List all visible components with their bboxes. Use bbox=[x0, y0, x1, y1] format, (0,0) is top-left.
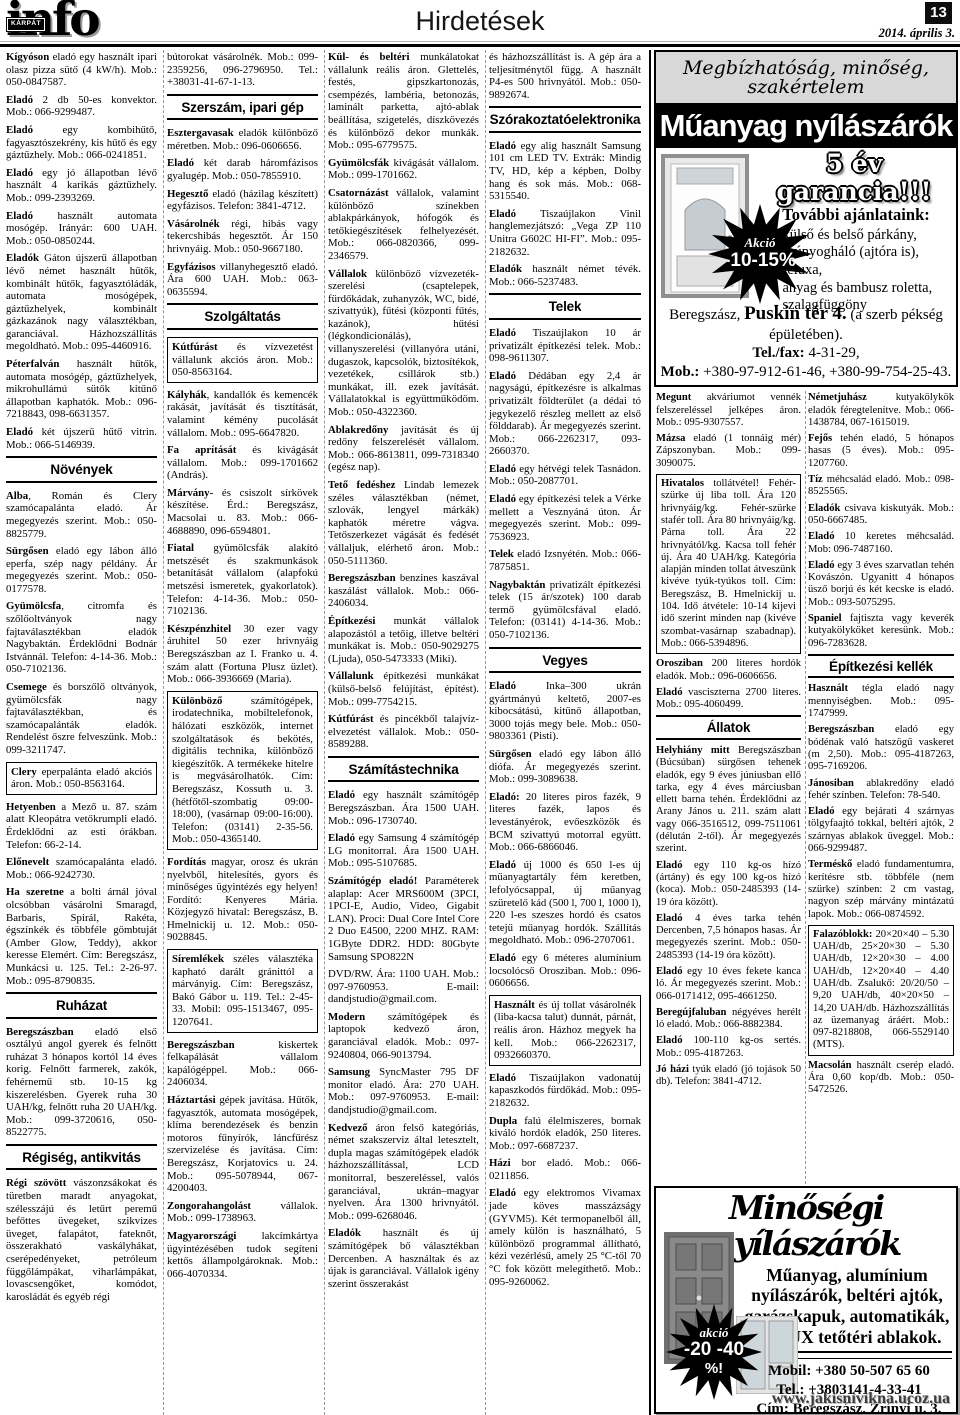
ad-lead: Gyümölcsfa bbox=[6, 600, 61, 612]
column-6: Németjuhász kutyakölykök eladók féregtel… bbox=[806, 391, 958, 1229]
ad-lead: Hivatalos bbox=[661, 478, 704, 489]
column-5: Megunt akváriumot vennék felszereléssel … bbox=[654, 391, 806, 1229]
ad-lead: Eladó bbox=[489, 327, 516, 339]
classified-ad: Eladó: 20 literes piros fazék, 9 literes… bbox=[489, 791, 641, 854]
classified-ad: Eladók használt német tévék. Mob.: 066-5… bbox=[489, 263, 641, 288]
ad-lead: Hegesztő bbox=[167, 188, 208, 200]
ad-lead: Eladó bbox=[656, 966, 683, 977]
ad-lead: Különböző bbox=[172, 695, 222, 707]
ad-lead: Tető fedéshez bbox=[328, 479, 395, 491]
classified-ad: Eladó 2 db 50-es konvektor. Mob.: 066-92… bbox=[6, 94, 157, 119]
page-title: Hirdetések bbox=[0, 6, 960, 37]
classified-ad: Ha szeretne a bolti árnál jóval olcsóbba… bbox=[6, 886, 157, 987]
classified-ad: Ablakredőny javítását és új redőny felsz… bbox=[328, 424, 479, 474]
guarantee-text: 5 év garancia!!! bbox=[752, 150, 956, 205]
ad-lead: Csatornázást bbox=[328, 187, 389, 199]
classified-ad: Eladó 4 éves tarka tehén Dercenben, 7,5 … bbox=[656, 913, 801, 962]
ad-mobile: Mob.: +380-97-912-61-46, +380-99-754-25-… bbox=[656, 363, 956, 386]
website-url: www.jakisnivikna.ucoz.ua bbox=[772, 1390, 950, 1408]
ad-lead: Eladók bbox=[489, 263, 522, 275]
classified-ad: DVD/RW. Ára: 1100 UAH. Mob.: 097-9760953… bbox=[328, 968, 479, 1006]
classified-ad: Helyhiány mitt Beregszászban (Búcsúban) … bbox=[656, 745, 801, 856]
ad-lead: Síremlékek bbox=[172, 953, 224, 965]
ad-lead: Eladó bbox=[328, 832, 355, 844]
ad-lead: Eladók bbox=[808, 503, 840, 514]
classified-ad: Esztergavasak eladók különböző méretben.… bbox=[167, 127, 318, 152]
ad-lead: Egyfázisos bbox=[167, 261, 216, 273]
classified-ad: Telek eladó Izsnyétén. Mob.: 066-7875851… bbox=[489, 548, 641, 573]
classified-ad: Eladó vasciszterna 2700 literes. Mob.: 0… bbox=[656, 687, 801, 712]
classified-ad: Eladó 100-110 kg-os sertés. Mob.: 095-41… bbox=[656, 1035, 801, 1060]
ad-lead: Péterfalván bbox=[6, 358, 59, 370]
telfax-value: 4-31-29, bbox=[808, 345, 859, 361]
ad-lead: Németjuhász bbox=[808, 392, 867, 403]
column-2: bútorokat vásárolnék. Mob.: 099-2359256,… bbox=[164, 50, 325, 1415]
classified-ad: Kedvező áron felső kategóriás, német sza… bbox=[328, 1122, 479, 1223]
ad-lead: Eladók bbox=[328, 1227, 361, 1239]
akcio-starburst-badge: Akció -10-15% bbox=[708, 204, 812, 304]
classified-ad: Eladó egy építkezési telek a Vérke melle… bbox=[489, 493, 641, 543]
ad-lead: Eladó bbox=[808, 531, 835, 542]
ad-lead: Eladó bbox=[489, 370, 516, 382]
ad-lead: Építkezési bbox=[328, 615, 375, 627]
ad-lead: Eladó bbox=[656, 687, 683, 698]
classified-ad: Eladók csivava kiskutyák. Mob.: 050-6667… bbox=[808, 503, 954, 528]
akcio-percent: -10-15% bbox=[724, 251, 796, 272]
ad-lead: Eladó bbox=[6, 167, 33, 179]
classified-ad: Dupla falú élelmiszeres, bornak kiváló h… bbox=[489, 1115, 641, 1153]
ad-lead: Eladó bbox=[656, 1035, 683, 1046]
ad-lead: Eladó bbox=[167, 157, 194, 169]
ad-lead: Jánosiban bbox=[808, 778, 854, 789]
ad-lead: Használt bbox=[494, 999, 535, 1011]
ad-lead: Helyhiány mitt bbox=[656, 745, 730, 756]
ad-lead: Ha szeretne bbox=[6, 886, 64, 898]
classified-ad: Eladók használt és új számítógépek bő vá… bbox=[328, 1227, 479, 1290]
classified-ad: Régi szövött vászonzsákokat és türetben … bbox=[6, 1177, 157, 1303]
classified-ad: Márvány- és csiszolt sírkövek készítése.… bbox=[167, 487, 318, 537]
ad-lead: Készpénzhitel bbox=[167, 623, 231, 635]
classified-ad: Kígyóson eladó egy használt ipari olasz … bbox=[6, 51, 157, 89]
ad-lead: Kútfúrást bbox=[172, 341, 218, 353]
classified-ad: Eladó egy hétvégi telek Tasnádon. Mob.: … bbox=[489, 463, 641, 488]
classified-ad: Eladó egy bejárati 4 szárnyas tölgyfaajt… bbox=[808, 806, 954, 855]
classified-ad: Kályhák, kandallók és kemencék rakását, … bbox=[167, 389, 318, 439]
ad-lead: Vásárolnék bbox=[167, 218, 220, 230]
classified-ad: Beregszászban eladó egy bódénak való hat… bbox=[808, 724, 954, 773]
offer-item: - anyag és bambusz roletta, bbox=[774, 280, 956, 298]
section-header: Építkezési kellék bbox=[808, 654, 954, 679]
classified-ad: Fordítás magyar, orosz és ukrán nyelvből… bbox=[167, 856, 318, 944]
contact-mobil: Mobil: +380 50-507 65 60 bbox=[742, 1362, 956, 1381]
ad-lead: Előnevelt bbox=[6, 856, 49, 868]
section-header: Szolgáltatás bbox=[167, 303, 318, 330]
ad-lead: Terméskő bbox=[808, 859, 852, 870]
classified-ad: Használt és új tollat vásárolnék (liba-k… bbox=[489, 995, 641, 1066]
classified-ad: bútorokat vásárolnék. Mob.: 099-2359256,… bbox=[167, 51, 318, 89]
ad-lead: Eladó bbox=[489, 1187, 516, 1199]
section-header: Állatok bbox=[656, 715, 801, 740]
classified-ad: Vállalok különböző vízvezeték-szerelési … bbox=[328, 268, 479, 419]
ad-lead: Zongorahangolást bbox=[167, 1200, 251, 1212]
akcio-percent-sign: %! bbox=[705, 1361, 723, 1378]
ad-lead: Telek bbox=[489, 548, 514, 560]
classified-ad: Eladó Tiszaújlakon Vinil hanglemezjátszó… bbox=[489, 208, 641, 258]
section-header: Vegyes bbox=[489, 647, 641, 674]
ad-lead: Eladó bbox=[489, 952, 516, 964]
offer-item: - külső és belső párkány, bbox=[774, 227, 956, 245]
classified-ad: Készpénzhitel 30 ezer vagy áruhitel 50 e… bbox=[167, 623, 318, 686]
classified-ad: Tíz méhcsalád eladó. Mob.: 098-8525565. bbox=[808, 474, 954, 499]
classified-ad: Fiatal gyümölcsfák alakító metszését és … bbox=[167, 542, 318, 618]
classified-ad: Síremlékek széles választéka kapható dar… bbox=[167, 949, 318, 1033]
ad-lead: Hetyenben bbox=[6, 801, 56, 813]
classified-ad: Sürgősen eladó egy lábon álló eperfa, sz… bbox=[6, 545, 157, 595]
classified-ad: Építkezési munkát vállalok alapozástól a… bbox=[328, 615, 479, 665]
ad-lead: Clery bbox=[11, 766, 37, 778]
classified-ad: Clery eperpalánta eladó akciós áron. Mob… bbox=[6, 762, 157, 795]
ad-lead: Spaniel bbox=[808, 613, 842, 624]
classified-ad: Gyümölcsfák kivágását vállalom. Mob.: 09… bbox=[328, 157, 479, 182]
ad-lead: Nagybaktán bbox=[489, 579, 545, 591]
classified-ad: Különböző számítógépek, irodatechnika, m… bbox=[167, 691, 318, 850]
section-header: Régiség, antikvitás bbox=[6, 1144, 157, 1171]
classified-ad: Orosziban 200 literes hordók eladók. Mob… bbox=[656, 658, 801, 683]
ad-lead: Kútfúrást bbox=[328, 713, 374, 725]
ad-title: Műanyag nyílászárók bbox=[656, 105, 956, 148]
ad-lead: Eladó bbox=[489, 1072, 516, 1084]
classified-ad: Falazóblokk: 20×20×40 – 5.30 UAH/db, 25×… bbox=[808, 925, 954, 1056]
column-1: Kígyóson eladó egy használt ipari olasz … bbox=[3, 50, 164, 1415]
classified-ad: Használt tégla eladó nagy mennyiségben. … bbox=[808, 683, 954, 720]
newspaper-page: info KÁRPÁT Hirdetések 13 2014. április … bbox=[0, 0, 960, 1415]
classified-ad: Vállalunk építkezési munkákat (külső-bel… bbox=[328, 670, 479, 708]
classified-ad: Modern számítógépek és laptopok kedvező … bbox=[328, 1011, 479, 1061]
ad-telfax: Tel./fax: 4-31-29, bbox=[656, 344, 956, 363]
ad-lead: Samsung bbox=[328, 1066, 370, 1078]
offers-title: További ajánlataink: bbox=[756, 205, 956, 226]
section-header: Szórakoztatóelektronika bbox=[489, 106, 641, 133]
muanyag-nyilaszarok-ad: Megbízhatóság, minőség, szakértelem Műan… bbox=[654, 50, 958, 387]
classified-ad: Spaniel fajtiszta vagy keverék kutyaköly… bbox=[808, 613, 954, 650]
minosegi-nyilaszarok-ad: Minőségi nyílászárók Műanyag, alumínium … bbox=[654, 1186, 958, 1414]
classified-ad: Eladó egy használt számítógép Beregszász… bbox=[328, 789, 479, 827]
ad-lead: Megunt bbox=[656, 392, 691, 403]
ad-lead: Jó házi bbox=[656, 1064, 689, 1075]
classified-ad: Eladó egy Samsung 4 számítógép LG monito… bbox=[328, 832, 479, 870]
ad-lead: Mázsa bbox=[656, 433, 685, 444]
column-3: Kül- és beltéri munkálatokat vállalunk r… bbox=[325, 50, 486, 1415]
ad-lead: Beregújfaluban bbox=[656, 1007, 726, 1018]
ad-lead: Eladó bbox=[489, 493, 516, 505]
ad-lead: Alba bbox=[6, 490, 28, 502]
classified-ad: Számítógép eladó! Paraméterek alaplap: A… bbox=[328, 875, 479, 963]
ad-lead: Beregszászban bbox=[808, 724, 874, 735]
ad-lead: Kedvező bbox=[328, 1122, 368, 1134]
ad-lead: Sürgősen bbox=[489, 748, 532, 760]
classified-ad: Gyümölcsfa, citromfa és szőlőoltványok n… bbox=[6, 600, 157, 676]
classified-ad: Eladó egy jó állapotban lévő használt 4 … bbox=[6, 167, 157, 205]
column-4: és házhozszállítást is. A gép ára a telj… bbox=[486, 50, 647, 1415]
ad-lead: Eladó bbox=[489, 680, 516, 692]
classified-ad: Terméskő eladó fundamentumra, kerítésre … bbox=[808, 859, 954, 920]
ad-lead: Eladó bbox=[6, 124, 33, 136]
classified-ad: Eladó Tiszaújlakon vadonatúj kapaszkodós… bbox=[489, 1072, 641, 1110]
section-header: Ruházat bbox=[6, 992, 157, 1019]
ad-lead: Eladó bbox=[656, 860, 683, 871]
classified-ad: Eladó egy 6 méteres alumínium locsolócső… bbox=[489, 952, 641, 990]
ad-lead: Eladó bbox=[489, 463, 516, 475]
ad-lead: Beregszászban bbox=[6, 1026, 74, 1038]
classified-ad: Beregszászban kiskertek felkapálását vál… bbox=[167, 1039, 318, 1089]
ad-lead: Számítógép eladó! bbox=[328, 875, 417, 887]
ad-lead: Tíz bbox=[808, 474, 823, 485]
classified-ad: Magyarországi lakcímkártya ügyintézésébe… bbox=[167, 1230, 318, 1280]
classified-ad: Csatornázást vállalok, valamint különböz… bbox=[328, 187, 479, 263]
classified-ad: Eladó új 1000 és 650 l-es új műanyagtart… bbox=[489, 859, 641, 947]
classified-ad: Eladó egy 10 éves fekete kanca ló. Ár me… bbox=[656, 966, 801, 1003]
classified-ad: Németjuhász kutyakölykök eladók féregtel… bbox=[808, 392, 954, 429]
classified-ad: Péterfalván használt hűtők, automata mos… bbox=[6, 358, 157, 421]
classified-ad: és házhozszállítást is. A gép ára a telj… bbox=[489, 51, 641, 101]
ad-lead: Eladó bbox=[6, 94, 33, 106]
classified-ad: Háztartási gépek javítása. Hűtők, fagyas… bbox=[167, 1094, 318, 1195]
classified-ad: Eladó Tiszaújlakon 10 ár privatizált épí… bbox=[489, 327, 641, 365]
classified-ad: Eladó egy kombihűtő, fagyasztószekrény, … bbox=[6, 124, 157, 162]
ad-lead: Eladó bbox=[656, 913, 683, 924]
classified-ad: Eladó egy elektromos Vivamax jade köves … bbox=[489, 1187, 641, 1288]
classified-ad: Beregszászban benzines kaszával kaszálás… bbox=[328, 572, 479, 610]
ad-lead: Eladó bbox=[808, 560, 835, 571]
ad-lead: Eladó bbox=[808, 806, 835, 817]
ad-lead: Fa aprítását bbox=[167, 444, 236, 456]
classified-ad: Házi bor eladó. Mob.: 066-0211856. bbox=[489, 1157, 641, 1182]
ad-lead: Magyarországi bbox=[167, 1230, 236, 1242]
akcio-percent: -20 -40 bbox=[684, 1340, 744, 1361]
classified-ad: Eladó két újszerű hűtő vitrin. Mob.: 066… bbox=[6, 426, 157, 451]
ad-lead: Márvány- bbox=[167, 487, 213, 499]
ad-lead: Eladó bbox=[489, 208, 516, 220]
ad-lead: Eladó bbox=[6, 210, 33, 222]
vertical-divider bbox=[649, 50, 651, 1415]
page-header: info KÁRPÁT Hirdetések 13 2014. április … bbox=[0, 0, 960, 44]
ad-lead: Beregszászban bbox=[328, 572, 396, 584]
right-ad-area: Megbízhatóság, minőség, szakértelem Műan… bbox=[654, 50, 958, 1415]
ad-lead: Macsolán bbox=[808, 1060, 852, 1071]
classified-ad: Fa aprítását és kivágását vállalom. Mob.… bbox=[167, 444, 318, 482]
ad-lead: Eladó: bbox=[489, 791, 520, 803]
issue-date: 2014. április 3. bbox=[879, 26, 955, 41]
classified-ad: Jánosiban ablakredőny eladó fehér színbe… bbox=[808, 778, 954, 803]
header-thick-rule bbox=[0, 44, 960, 47]
mobil-value: +380 50-507 65 60 bbox=[815, 1363, 930, 1379]
ad-lead: Fiatal bbox=[167, 542, 194, 554]
section-header: Növények bbox=[6, 456, 157, 483]
ad-lead: Esztergavasak bbox=[167, 127, 234, 139]
classified-ad: Eladó Dédában egy 2,4 ár nagyságú, építk… bbox=[489, 370, 641, 458]
ad-lead: Modern bbox=[328, 1011, 365, 1023]
ad-lead: Eladók bbox=[6, 252, 39, 264]
section-header: Telek bbox=[489, 293, 641, 320]
mobil-label: Mobil: bbox=[768, 1363, 811, 1379]
classified-ad: Eladó Inka–300 ukrán gyártmányú keltető,… bbox=[489, 680, 641, 743]
classified-ad: Alba, Román és Clery szamócapalánta elad… bbox=[6, 490, 157, 540]
ad-lead: Kígyóson bbox=[6, 51, 49, 63]
classified-ad: Beregújfaluban négyéves herélt ló eladó.… bbox=[656, 1007, 801, 1032]
ad-lead: Háztartási bbox=[167, 1094, 216, 1106]
ad-lead: Eladó bbox=[489, 140, 516, 152]
ad-tagline: Megbízhatóság, minőség, szakértelem bbox=[656, 52, 956, 105]
ad-lead: Fordítás bbox=[167, 856, 206, 868]
ad-lead: Régi szövött bbox=[6, 1177, 66, 1189]
akcio-starburst-badge: akció -20 -40 %! bbox=[666, 1304, 762, 1400]
ad-lead: Vállalunk bbox=[328, 670, 374, 682]
offer-item: - szalagfüggöny bbox=[774, 297, 956, 315]
classified-ad: Beregszászban eladó első osztályú angol … bbox=[6, 1026, 157, 1139]
ad-lead: Sürgősen bbox=[6, 545, 49, 557]
ad-lead: Vállalok bbox=[328, 268, 367, 280]
page-number-badge: 13 bbox=[925, 2, 952, 24]
classified-ad: Eladó egy alig használt Samsung 101 cm L… bbox=[489, 140, 641, 203]
ad-lead: Csemege bbox=[6, 681, 47, 693]
mob-value: +380-97-912-61-46, +380-99-754-25-43. bbox=[703, 364, 951, 380]
classified-ad: Vásárolnék régi, hibás vagy tekercshibás… bbox=[167, 218, 318, 256]
ad-lead: Falazóblokk: bbox=[813, 929, 872, 940]
ad-lead: Ablakredőny bbox=[328, 424, 388, 436]
classified-ad: Nagybaktán privatizált építkezési telek … bbox=[489, 579, 641, 642]
classified-ad: Megunt akváriumot vennék felszereléssel … bbox=[656, 392, 801, 429]
section-header: Számítástechnika bbox=[328, 756, 479, 783]
classified-ad: Hetyenben a Mező u. 87. szám alatt Kleop… bbox=[6, 801, 157, 851]
classified-ad: Eladó 10 keretes méhcsalád. Mob: 096-748… bbox=[808, 531, 954, 556]
address-prefix: Beregszász, bbox=[669, 307, 744, 323]
classified-ad: Zongorahangolást vállalok. Mob.: 099-173… bbox=[167, 1200, 318, 1225]
classified-ad: Egyfázisos villanyhegesztő eladó. Ára 60… bbox=[167, 261, 318, 299]
mob-label: Mob.: bbox=[661, 364, 700, 380]
ad-lead: Használt bbox=[808, 683, 848, 694]
classified-ad: Fejős tehén eladó, 5 hónapos hasas (5 év… bbox=[808, 433, 954, 470]
section-header: Szerszám, ipari gép bbox=[167, 94, 318, 121]
classified-ad: Mázsa eladó (1 tonnáig mér) Zápszonyban.… bbox=[656, 433, 801, 470]
classifieds-columns: Kígyóson eladó egy használt ipari olasz … bbox=[3, 50, 647, 1415]
classified-ad: Macsolán használt cserép eladó. Ára 0,60… bbox=[808, 1060, 954, 1097]
ad-lead: Eladó bbox=[328, 789, 355, 801]
ad-lead: Beregszászban bbox=[167, 1039, 235, 1051]
ad-lead: Kül- és beltéri bbox=[328, 51, 409, 63]
classified-ad: Kútfúrást és vízvezetést vállalunk akció… bbox=[167, 337, 318, 383]
ad-lead: Eladó bbox=[6, 426, 33, 438]
classified-ad: Hegesztő eladó (házilag készített) egyfá… bbox=[167, 188, 318, 213]
classified-ad: Kútfúrást és pincékből talajvíz-elvezeté… bbox=[328, 713, 479, 751]
right-text-columns: Megunt akváriumot vennék felszereléssel … bbox=[654, 391, 958, 1229]
classified-ad: Eladó használt automata mosógép. Irányár… bbox=[6, 210, 157, 248]
classified-ad: Hivatalos tollátvétel! Fehér-szürke új l… bbox=[656, 474, 801, 654]
akcio-label: akció bbox=[700, 1326, 729, 1340]
akcio-label: Akció bbox=[744, 236, 775, 250]
classified-ad: Eladó egy 3 éves szarvatlan tehén Kovász… bbox=[808, 560, 954, 609]
header-thin-rule bbox=[0, 41, 960, 42]
ad-lead: Kályhák bbox=[167, 389, 207, 401]
classified-ad: Eladó egy 110 kg-os hízó (ártány) és egy… bbox=[656, 860, 801, 909]
telfax-label: Tel./fax: bbox=[752, 345, 804, 361]
classified-ad: Kül- és beltéri munkálatokat vállalunk r… bbox=[328, 51, 479, 152]
classified-ad: Tető fedéshez Lindab lemezek széles vála… bbox=[328, 479, 479, 567]
classified-ad: Jó házi tyúk eladó (jó tojások 50 db). T… bbox=[656, 1064, 801, 1089]
ad-lead: Orosziban bbox=[656, 658, 703, 669]
classified-ad: Samsung SyncMaster 795 DF monitor eladó.… bbox=[328, 1066, 479, 1116]
ad-lead: Dupla bbox=[489, 1115, 517, 1127]
ad-lead: Házi bbox=[489, 1157, 511, 1169]
ad-lead: Fejős bbox=[808, 433, 832, 444]
classified-ad: Előnevelt szamócapalánta eladó. Mob.: 06… bbox=[6, 856, 157, 881]
ad-lead: Gyümölcsfák bbox=[328, 157, 389, 169]
classified-ad: Eladó két darab háromfázisos gyalugép. M… bbox=[167, 157, 318, 182]
ad-lead: Eladó bbox=[489, 859, 516, 871]
classified-ad: Eladók Gáton újszerű állapotban lévő ném… bbox=[6, 252, 157, 353]
classified-ad: Csemege és borszőlő oltványok, gyümölcsf… bbox=[6, 681, 157, 757]
classified-ad: Sürgősen eladó egy lábon álló diófa. Ár … bbox=[489, 748, 641, 786]
